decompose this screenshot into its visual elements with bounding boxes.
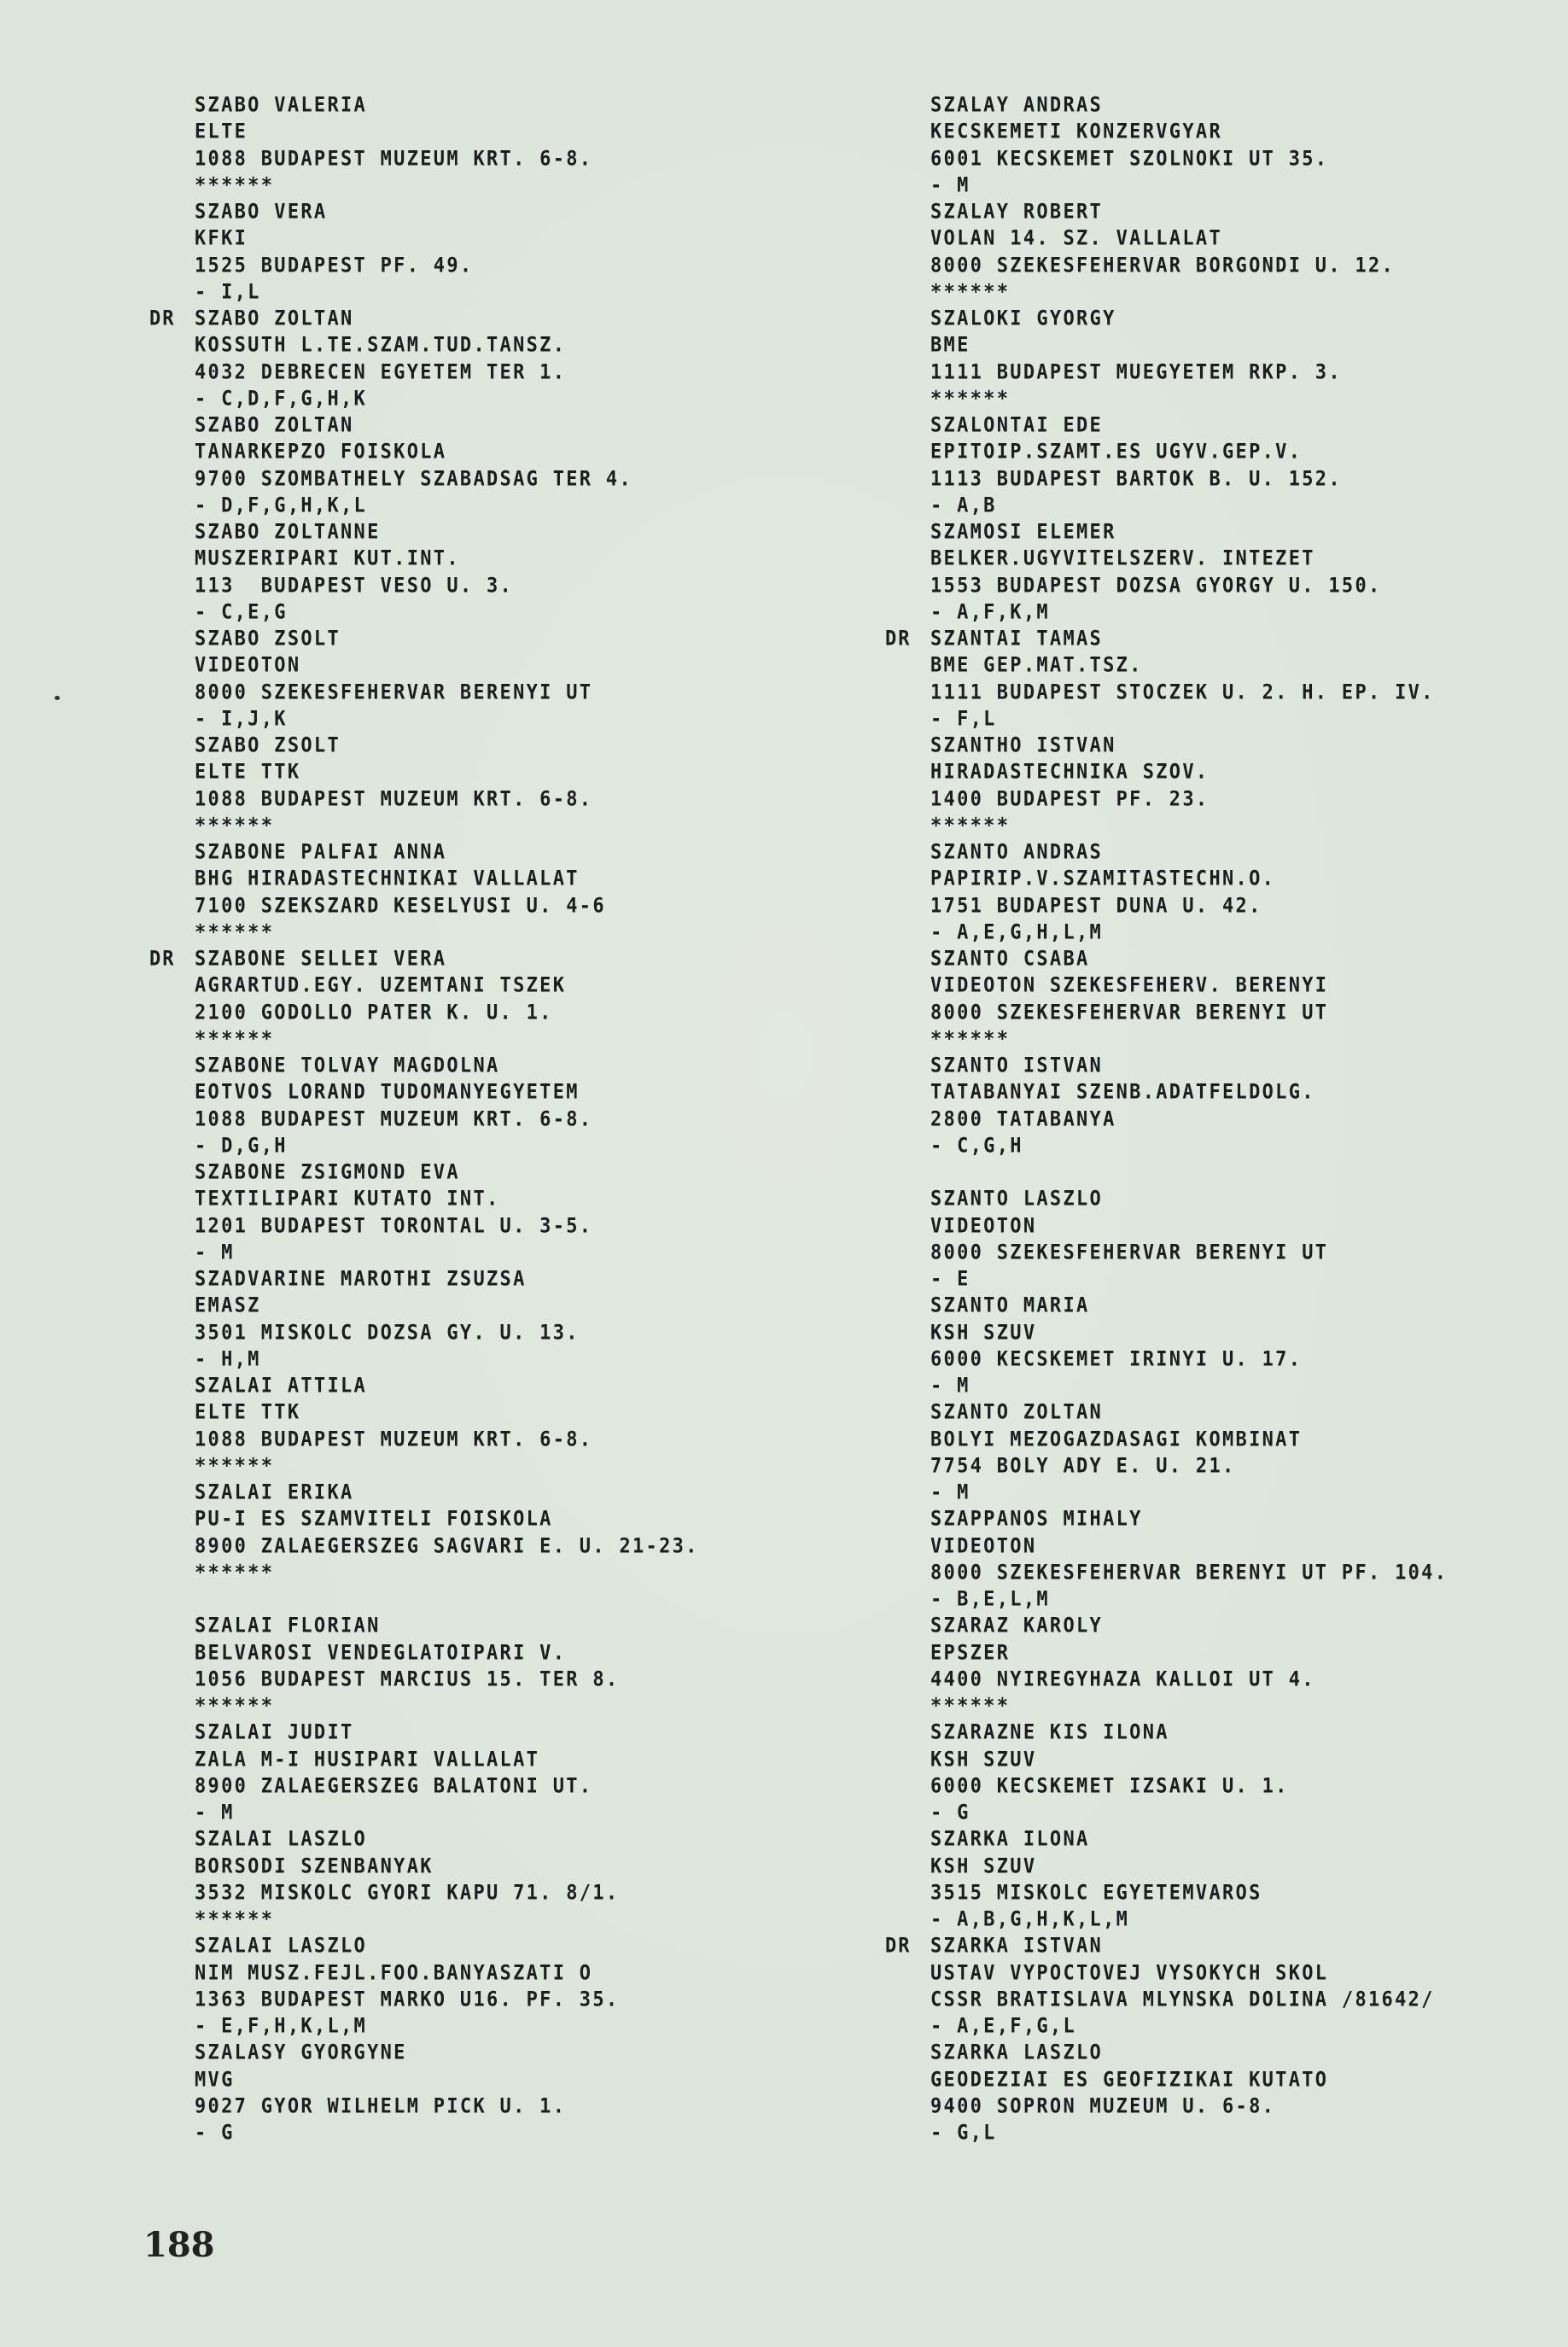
entry-name: SZANTO ZOLTAN bbox=[885, 1398, 1448, 1427]
directory-entry: SZAPPANOS MIHALYVIDEOTON8000 SZEKESFEHER… bbox=[885, 1506, 1448, 1613]
entry-address: 8900 ZALAEGERSZEG BALATONI UT. bbox=[149, 1772, 699, 1801]
entry-name: SZABO ZSOLT bbox=[149, 625, 699, 654]
entry-codes: - H,M bbox=[149, 1346, 699, 1375]
directory-entry: SZARAZ KAROLYEPSZER4400 NYIREGYHAZA KALL… bbox=[885, 1613, 1448, 1719]
entry-address: 9400 SOPRON MUZEUM U. 6-8. bbox=[885, 2093, 1448, 2122]
entry-address: 1525 BUDAPEST PF. 49. bbox=[149, 251, 699, 280]
entry-title-prefix: DR bbox=[149, 305, 195, 334]
directory-entry: DRSZANTAI TAMASBME GEP.MAT.TSZ.1111 BUDA… bbox=[885, 626, 1448, 733]
entry-organization: BME GEP.MAT.TSZ. bbox=[885, 651, 1448, 680]
entry-name: SZABO ZSOLT bbox=[149, 732, 699, 761]
entry-address: 8900 ZALAEGERSZEG SAGVARI E. U. 21-23. bbox=[149, 1532, 699, 1561]
entry-codes: ****** bbox=[149, 1692, 699, 1721]
directory-entry: SZARKA ILONAKSH SZUV3515 MISKOLC EGYETEM… bbox=[885, 1826, 1448, 1933]
entry-organization: BHG HIRADASTECHNIKAI VALLALAT bbox=[149, 865, 699, 894]
entry-name: SZALAY ROBERT bbox=[885, 198, 1448, 227]
entry-organization: VIDEOTON SZEKESFEHERV. BERENYI bbox=[885, 972, 1448, 1001]
entry-address: 1400 BUDAPEST PF. 23. bbox=[885, 785, 1448, 814]
entry-organization: AGRARTUD.EGY. UZEMTANI TSZEK bbox=[149, 972, 699, 1001]
entry-codes: - I,J,K bbox=[149, 705, 699, 734]
entry-codes: ****** bbox=[149, 1452, 699, 1481]
entry-codes: - G,L bbox=[885, 2119, 1448, 2148]
entry-organization: PAPIRIP.V.SZAMITASTECHN.O. bbox=[885, 865, 1448, 894]
entry-address: 4032 DEBRECEN EGYETEM TER 1. bbox=[149, 358, 699, 387]
entry-name: SZALAI JUDIT bbox=[149, 1719, 699, 1748]
entry-codes: - D,F,G,H,K,L bbox=[149, 492, 699, 521]
entry-codes: - A,F,K,M bbox=[885, 598, 1448, 628]
directory-entry: SZAMOSI ELEMERBELKER.UGYVITELSZERV. INTE… bbox=[885, 519, 1448, 626]
entry-name: SZANTO LASZLO bbox=[885, 1185, 1448, 1214]
directory-entry: DRSZARKA ISTVANUSTAV VYPOCTOVEJ VYSOKYCH… bbox=[885, 1933, 1448, 2040]
entry-address: 3515 MISKOLC EGYETEMVAROS bbox=[885, 1879, 1448, 1908]
entry-address: 1088 BUDAPEST MUZEUM KRT. 6-8. bbox=[149, 144, 699, 173]
entry-organization: KSH SZUV bbox=[885, 1852, 1448, 1881]
entry-address: 1111 BUDAPEST STOCZEK U. 2. H. EP. IV. bbox=[885, 678, 1448, 707]
entry-name: SZARAZ KAROLY bbox=[885, 1612, 1448, 1641]
entry-name: SZALONTAI EDE bbox=[885, 412, 1448, 441]
entry-codes: - M bbox=[149, 1239, 699, 1268]
entry-name: SZAPPANOS MIHALY bbox=[885, 1505, 1448, 1534]
ink-speck bbox=[55, 696, 60, 700]
directory-entry: SZARKA LASZLOGEODEZIAI ES GEOFIZIKAI KUT… bbox=[885, 2040, 1448, 2146]
entry-organization: VIDEOTON bbox=[149, 651, 699, 680]
directory-entry: SZANTO ANDRASPAPIRIP.V.SZAMITASTECHN.O.1… bbox=[885, 839, 1448, 946]
entry-codes: ****** bbox=[149, 1025, 699, 1054]
entry-organization: USTAV VYPOCTOVEJ VYSOKYCH SKOL bbox=[885, 1959, 1448, 1988]
directory-entry: SZANTO MARIAKSH SZUV6000 KECSKEMET IRINY… bbox=[885, 1293, 1448, 1399]
entry-address: 9700 SZOMBATHELY SZABADSAG TER 4. bbox=[149, 464, 699, 493]
entry-codes: - A,E,F,G,L bbox=[885, 2012, 1448, 2041]
entry-name: DRSZABONE SELLEI VERA bbox=[149, 945, 699, 974]
entry-address: 8000 SZEKESFEHERVAR BERENYI UT bbox=[885, 998, 1448, 1027]
entry-organization: ELTE bbox=[149, 118, 699, 147]
entry-address: 8000 SZEKESFEHERVAR BERENYI UT PF. 104. bbox=[885, 1559, 1448, 1588]
entry-name: SZALAY ANDRAS bbox=[885, 91, 1448, 120]
entry-organization: BELVAROSI VENDEGLATOIPARI V. bbox=[149, 1638, 699, 1667]
entry-codes: - M bbox=[885, 172, 1448, 201]
entry-codes: - C,E,G bbox=[149, 598, 699, 628]
entry-address: 6000 KECSKEMET IZSAKI U. 1. bbox=[885, 1772, 1448, 1801]
entry-codes: ****** bbox=[885, 1692, 1448, 1721]
entry-codes: - D,G,H bbox=[149, 1132, 699, 1161]
entry-organization: VOLAN 14. SZ. VALLALAT bbox=[885, 225, 1448, 254]
directory-entry: SZANTO CSABAVIDEOTON SZEKESFEHERV. BEREN… bbox=[885, 946, 1448, 1053]
directory-entry: DRSZABONE SELLEI VERAAGRARTUD.EGY. UZEMT… bbox=[149, 946, 699, 1053]
entry-organization: EPSZER bbox=[885, 1638, 1448, 1667]
entry-address: 1111 BUDAPEST MUEGYETEM RKP. 3. bbox=[885, 358, 1448, 387]
directory-entry: SZARAZNE KIS ILONAKSH SZUV6000 KECSKEMET… bbox=[885, 1719, 1448, 1826]
entry-codes: ****** bbox=[885, 812, 1448, 841]
entry-title-prefix: DR bbox=[149, 945, 195, 974]
entry-address: CSSR BRATISLAVA MLYNSKA DOLINA /81642/ bbox=[885, 1986, 1448, 2015]
entry-address: 1088 BUDAPEST MUZEUM KRT. 6-8. bbox=[149, 1425, 699, 1454]
entry-address: 7754 BOLY ADY E. U. 21. bbox=[885, 1452, 1448, 1481]
entry-title-prefix: DR bbox=[885, 625, 930, 654]
directory-entry: SZABO ZSOLTELTE TTK1088 BUDAPEST MUZEUM … bbox=[149, 733, 699, 839]
entry-organization: KSH SZUV bbox=[885, 1318, 1448, 1347]
entry-codes: - A,E,G,H,L,M bbox=[885, 919, 1448, 948]
entry-codes: - C,G,H bbox=[885, 1132, 1448, 1161]
entry-organization: BELKER.UGYVITELSZERV. INTEZET bbox=[885, 545, 1448, 574]
entry-codes: - M bbox=[149, 1799, 699, 1828]
entry-name: SZABONE ZSIGMOND EVA bbox=[149, 1159, 699, 1188]
entry-name: SZABO ZOLTAN bbox=[149, 412, 699, 441]
entry-address: 3501 MISKOLC DOZSA GY. U. 13. bbox=[149, 1318, 699, 1347]
entry-organization: EOTVOS LORAND TUDOMANYEGYETEM bbox=[149, 1078, 699, 1107]
entry-name: SZALAI ATTILA bbox=[149, 1372, 699, 1401]
page-number: 188 bbox=[143, 2225, 215, 2265]
directory-entry: SZALAI ERIKAPU-I ES SZAMVITELI FOISKOLA8… bbox=[149, 1480, 699, 1613]
entry-address: 8000 SZEKESFEHERVAR BERENYI UT bbox=[885, 1239, 1448, 1268]
directory-column-left: SZABO VALERIAELTE1088 BUDAPEST MUZEUM KR… bbox=[149, 92, 699, 2146]
entry-organization: EMASZ bbox=[149, 1292, 699, 1321]
entry-organization: ELTE TTK bbox=[149, 758, 699, 787]
entry-codes: - F,L bbox=[885, 705, 1448, 734]
directory-entry: SZALAI LASZLONIM MUSZ.FEJL.FOO.BANYASZAT… bbox=[149, 1933, 699, 2040]
entry-address: 8000 SZEKESFEHERVAR BORGONDI U. 12. bbox=[885, 251, 1448, 280]
entry-name: SZALAI FLORIAN bbox=[149, 1612, 699, 1641]
entry-organization: MUSZERIPARI KUT.INT. bbox=[149, 545, 699, 574]
entry-organization: ELTE TTK bbox=[149, 1398, 699, 1427]
entry-organization: TEXTILIPARI KUTATO INT. bbox=[149, 1185, 699, 1214]
entry-address: 6000 KECSKEMET IRINYI U. 17. bbox=[885, 1346, 1448, 1375]
directory-entry: SZABO ZOLTANNEMUSZERIPARI KUT.INT.113 BU… bbox=[149, 519, 699, 626]
entry-name: SZARKA ILONA bbox=[885, 1825, 1448, 1854]
entry-name: SZANTO ISTVAN bbox=[885, 1052, 1448, 1081]
entry-address: 4400 NYIREGYHAZA KALLOI UT 4. bbox=[885, 1666, 1448, 1695]
directory-entry: SZABO VERAKFKI1525 BUDAPEST PF. 49.- I,L bbox=[149, 199, 699, 306]
entry-codes: ****** bbox=[149, 1906, 699, 1935]
entry-organization: KSH SZUV bbox=[885, 1745, 1448, 1774]
directory-entry: SZALAI FLORIANBELVAROSI VENDEGLATOIPARI … bbox=[149, 1613, 699, 1719]
directory-entry: SZALASY GYORGYNEMVG9027 GYOR WILHELM PIC… bbox=[149, 2040, 699, 2146]
entry-codes: ****** bbox=[149, 1559, 699, 1588]
directory-entry: SZANTO ISTVANTATABANYAI SZENB.ADATFELDOL… bbox=[885, 1053, 1448, 1186]
directory-entry: SZABONE PALFAI ANNABHG HIRADASTECHNIKAI … bbox=[149, 839, 699, 946]
entry-address: 3532 MISKOLC GYORI KAPU 71. 8/1. bbox=[149, 1879, 699, 1908]
entry-address: 2800 TATABANYA bbox=[885, 1105, 1448, 1134]
directory-entry: SZANTHO ISTVANHIRADASTECHNIKA SZOV.1400 … bbox=[885, 733, 1448, 839]
entry-address: 8000 SZEKESFEHERVAR BERENYI UT bbox=[149, 678, 699, 707]
entry-address: 1113 BUDAPEST BARTOK B. U. 152. bbox=[885, 464, 1448, 493]
entry-organization: BORSODI SZENBANYAK bbox=[149, 1852, 699, 1881]
blank-line bbox=[885, 1159, 1448, 1186]
entry-title-prefix: DR bbox=[885, 1932, 930, 1961]
directory-entry: SZABONE TOLVAY MAGDOLNAEOTVOS LORAND TUD… bbox=[149, 1053, 699, 1159]
entry-codes: ****** bbox=[885, 385, 1448, 414]
entry-name: DRSZARKA ISTVAN bbox=[885, 1932, 1448, 1961]
entry-codes: - I,L bbox=[149, 278, 699, 307]
entry-organization: VIDEOTON bbox=[885, 1532, 1448, 1561]
directory-entry: SZANTO LASZLOVIDEOTON8000 SZEKESFEHERVAR… bbox=[885, 1186, 1448, 1293]
entry-organization: BME bbox=[885, 331, 1448, 360]
entry-organization: MVG bbox=[149, 2065, 699, 2094]
entry-address: 1201 BUDAPEST TORONTAL U. 3-5. bbox=[149, 1211, 699, 1241]
entry-name: SZARKA LASZLO bbox=[885, 2039, 1448, 2068]
entry-name: SZARAZNE KIS ILONA bbox=[885, 1719, 1448, 1748]
entry-address: 1751 BUDAPEST DUNA U. 42. bbox=[885, 891, 1448, 920]
entry-organization: KOSSUTH L.TE.SZAM.TUD.TANSZ. bbox=[149, 331, 699, 360]
directory-entry: SZABONE ZSIGMOND EVATEXTILIPARI KUTATO I… bbox=[149, 1159, 699, 1266]
directory-entry: SZALAI JUDITZALA M-I HUSIPARI VALLALAT89… bbox=[149, 1719, 699, 1826]
entry-codes: ****** bbox=[885, 278, 1448, 307]
entry-organization: TATABANYAI SZENB.ADATFELDOLG. bbox=[885, 1078, 1448, 1107]
entry-codes: - E bbox=[885, 1265, 1448, 1294]
directory-entry: SZALAI ATTILAELTE TTK1088 BUDAPEST MUZEU… bbox=[149, 1373, 699, 1480]
entry-name: SZABONE PALFAI ANNA bbox=[149, 838, 699, 867]
entry-codes: - A,B,G,H,K,L,M bbox=[885, 1906, 1448, 1935]
entry-address: 1056 BUDAPEST MARCIUS 15. TER 8. bbox=[149, 1666, 699, 1695]
entry-name: SZAMOSI ELEMER bbox=[885, 518, 1448, 547]
entry-organization: NIM MUSZ.FEJL.FOO.BANYASZATI O bbox=[149, 1959, 699, 1988]
directory-entry: SZABO ZOLTANTANARKEPZO FOISKOLA9700 SZOM… bbox=[149, 412, 699, 519]
entry-codes: - M bbox=[885, 1479, 1448, 1508]
entry-name: SZABONE TOLVAY MAGDOLNA bbox=[149, 1052, 699, 1081]
entry-address: 1363 BUDAPEST MARKO U16. PF. 35. bbox=[149, 1986, 699, 2015]
entry-organization: KECSKEMETI KONZERVGYAR bbox=[885, 118, 1448, 147]
entry-codes: - G bbox=[885, 1799, 1448, 1828]
entry-address: 113 BUDAPEST VESO U. 3. bbox=[149, 571, 699, 600]
entry-address: 1553 BUDAPEST DOZSA GYORGY U. 150. bbox=[885, 571, 1448, 600]
entry-name: SZABO VERA bbox=[149, 198, 699, 227]
entry-organization: EPITOIP.SZAMT.ES UGYV.GEP.V. bbox=[885, 438, 1448, 467]
entry-codes: - A,B bbox=[885, 492, 1448, 521]
entry-name: DRSZANTAI TAMAS bbox=[885, 625, 1448, 654]
directory-entry: SZADVARINE MAROTHI ZSUZSAEMASZ3501 MISKO… bbox=[149, 1266, 699, 1373]
blank-line bbox=[149, 1586, 699, 1613]
entry-address: 1088 BUDAPEST MUZEUM KRT. 6-8. bbox=[149, 785, 699, 814]
entry-organization: ZALA M-I HUSIPARI VALLALAT bbox=[149, 1745, 699, 1774]
directory-entry: SZABO VALERIAELTE1088 BUDAPEST MUZEUM KR… bbox=[149, 92, 699, 199]
directory-column-right: SZALAY ANDRASKECSKEMETI KONZERVGYAR6001 … bbox=[885, 92, 1448, 2146]
entry-address: 1088 BUDAPEST MUZEUM KRT. 6-8. bbox=[149, 1105, 699, 1134]
entry-codes: ****** bbox=[149, 172, 699, 201]
entry-name: SZALAI LASZLO bbox=[149, 1825, 699, 1854]
directory-entry: SZANTO ZOLTANBOLYI MEZOGAZDASAGI KOMBINA… bbox=[885, 1399, 1448, 1506]
entry-name: SZALASY GYORGYNE bbox=[149, 2039, 699, 2068]
entry-name: SZALAI ERIKA bbox=[149, 1479, 699, 1508]
entry-codes: ****** bbox=[885, 1025, 1448, 1054]
entry-name: SZADVARINE MAROTHI ZSUZSA bbox=[149, 1265, 699, 1294]
entry-organization: TANARKEPZO FOISKOLA bbox=[149, 438, 699, 467]
entry-organization: HIRADASTECHNIKA SZOV. bbox=[885, 758, 1448, 787]
entry-name: SZABO VALERIA bbox=[149, 91, 699, 120]
entry-name: SZABO ZOLTANNE bbox=[149, 518, 699, 547]
entry-name: SZANTO CSABA bbox=[885, 945, 1448, 974]
entry-name: SZANTO MARIA bbox=[885, 1292, 1448, 1321]
entry-codes: - B,E,L,M bbox=[885, 1585, 1448, 1614]
entry-organization: VIDEOTON bbox=[885, 1211, 1448, 1241]
entry-codes: - E,F,H,K,L,M bbox=[149, 2012, 699, 2041]
entry-name: SZANTO ANDRAS bbox=[885, 838, 1448, 867]
directory-entry: SZABO ZSOLTVIDEOTON8000 SZEKESFEHERVAR B… bbox=[149, 626, 699, 733]
directory-entry: SZALONTAI EDEEPITOIP.SZAMT.ES UGYV.GEP.V… bbox=[885, 412, 1448, 519]
entry-codes: - G bbox=[149, 2119, 699, 2148]
entry-codes: - C,D,F,G,H,K bbox=[149, 385, 699, 414]
entry-organization: BOLYI MEZOGAZDASAGI KOMBINAT bbox=[885, 1425, 1448, 1454]
entry-codes: ****** bbox=[149, 919, 699, 948]
entry-name: SZANTHO ISTVAN bbox=[885, 732, 1448, 761]
entry-organization: PU-I ES SZAMVITELI FOISKOLA bbox=[149, 1505, 699, 1534]
directory-entry: SZALAY ROBERTVOLAN 14. SZ. VALLALAT8000 … bbox=[885, 199, 1448, 306]
entry-organization: GEODEZIAI ES GEOFIZIKAI KUTATO bbox=[885, 2065, 1448, 2094]
entry-address: 2100 GODOLLO PATER K. U. 1. bbox=[149, 998, 699, 1027]
entry-codes: - M bbox=[885, 1372, 1448, 1401]
entry-address: 9027 GYOR WILHELM PICK U. 1. bbox=[149, 2093, 699, 2122]
entry-organization: KFKI bbox=[149, 225, 699, 254]
entry-address: 7100 SZEKSZARD KESELYUSI U. 4-6 bbox=[149, 891, 699, 920]
entry-codes: ****** bbox=[149, 812, 699, 841]
directory-entry: SZALAY ANDRASKECSKEMETI KONZERVGYAR6001 … bbox=[885, 92, 1448, 199]
directory-entry: SZALAI LASZLOBORSODI SZENBANYAK3532 MISK… bbox=[149, 1826, 699, 1933]
directory-entry: DRSZABO ZOLTANKOSSUTH L.TE.SZAM.TUD.TANS… bbox=[149, 306, 699, 412]
entry-name: SZALOKI GYORGY bbox=[885, 305, 1448, 334]
directory-entry: SZALOKI GYORGYBME1111 BUDAPEST MUEGYETEM… bbox=[885, 306, 1448, 412]
entry-name: DRSZABO ZOLTAN bbox=[149, 305, 699, 334]
entry-address: 6001 KECSKEMET SZOLNOKI UT 35. bbox=[885, 144, 1448, 173]
entry-name: SZALAI LASZLO bbox=[149, 1932, 699, 1961]
